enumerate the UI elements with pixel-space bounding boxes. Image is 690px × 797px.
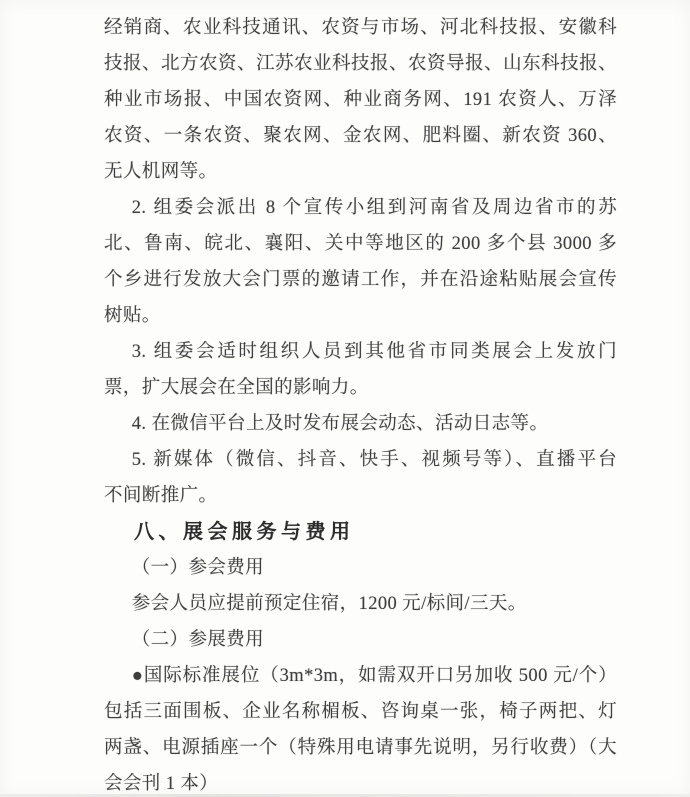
- text-line: 个乡进行发放大会门票的邀请工作，并在沿途粘贴展会宣传: [104, 262, 617, 298]
- paragraph: 5. 新媒体（微信、抖音、快手、视频号等）、直播平台不间断推广。: [104, 442, 617, 514]
- text-line: 农资、一条农资、聚农网、金农网、肥料圈、新农资 360、: [104, 118, 617, 154]
- text-line: 包括三面围板、企业名称楣板、咨询桌一张，椅子两把、灯: [104, 694, 617, 730]
- paragraph: 2. 组委会派出 8 个宣传小组到河南省及周边省市的苏北、鲁南、皖北、襄阳、关中…: [104, 190, 617, 334]
- text-line: 技报、北方农资、江苏农业科技报、农资导报、山东科技报、: [104, 46, 617, 82]
- text-line: 3. 组委会适时组织人员到其他省市同类展会上发放门: [104, 334, 617, 370]
- text-line: ●国际标准展位（3m*3m，如需双开口另加收 500 元/个）: [104, 658, 617, 694]
- text-line: 北、鲁南、皖北、襄阳、关中等地区的 200 多个县 3000 多: [104, 226, 617, 262]
- text-line: 会会刊 1 本）: [104, 766, 617, 797]
- text-line: 参会人员应提前预定住宿，1200 元/标间/三天。: [104, 586, 617, 622]
- text-line: 不间断推广。: [104, 478, 617, 514]
- text-line: （二）参展费用: [104, 622, 617, 658]
- text-line: 4. 在微信平台上及时发布展会动态、活动日志等。: [104, 406, 617, 442]
- paragraph: ●国际标准展位（3m*3m，如需双开口另加收 500 元/个）包括三面围板、企业…: [104, 658, 617, 797]
- paragraph: 经销商、农业科技通讯、农资与市场、河北科技报、安徽科技报、北方农资、江苏农业科技…: [104, 10, 617, 190]
- section-heading-block: 八、展会服务与费用: [104, 514, 617, 550]
- paragraph: 参会人员应提前预定住宿，1200 元/标间/三天。: [104, 586, 617, 622]
- document-body: 经销商、农业科技通讯、农资与市场、河北科技报、安徽科技报、北方农资、江苏农业科技…: [104, 10, 617, 797]
- text-line: 2. 组委会派出 8 个宣传小组到河南省及周边省市的苏: [104, 190, 617, 226]
- text-line: 5. 新媒体（微信、抖音、快手、视频号等）、直播平台: [104, 442, 617, 478]
- paragraph: 4. 在微信平台上及时发布展会动态、活动日志等。: [104, 406, 617, 442]
- text-line: 种业市场报、中国农资网、种业商务网、191 农资人、万泽: [104, 82, 617, 118]
- text-line: 经销商、农业科技通讯、农资与市场、河北科技报、安徽科: [104, 10, 617, 46]
- paragraph: （二）参展费用: [104, 622, 617, 658]
- section-heading: 八、展会服务与费用: [104, 514, 617, 550]
- text-line: （一）参会费用: [104, 550, 617, 586]
- paragraph: （一）参会费用: [104, 550, 617, 586]
- text-line: 树贴。: [104, 298, 617, 334]
- paragraph: 3. 组委会适时组织人员到其他省市同类展会上发放门票，扩大展会在全国的影响力。: [104, 334, 617, 406]
- text-line: 无人机网等。: [104, 154, 617, 190]
- document-page: 经销商、农业科技通讯、农资与市场、河北科技报、安徽科技报、北方农资、江苏农业科技…: [0, 0, 690, 797]
- text-line: 两盏、电源插座一个（特殊用电请事先说明，另行收费）（大: [104, 730, 617, 766]
- text-line: 票，扩大展会在全国的影响力。: [104, 370, 617, 406]
